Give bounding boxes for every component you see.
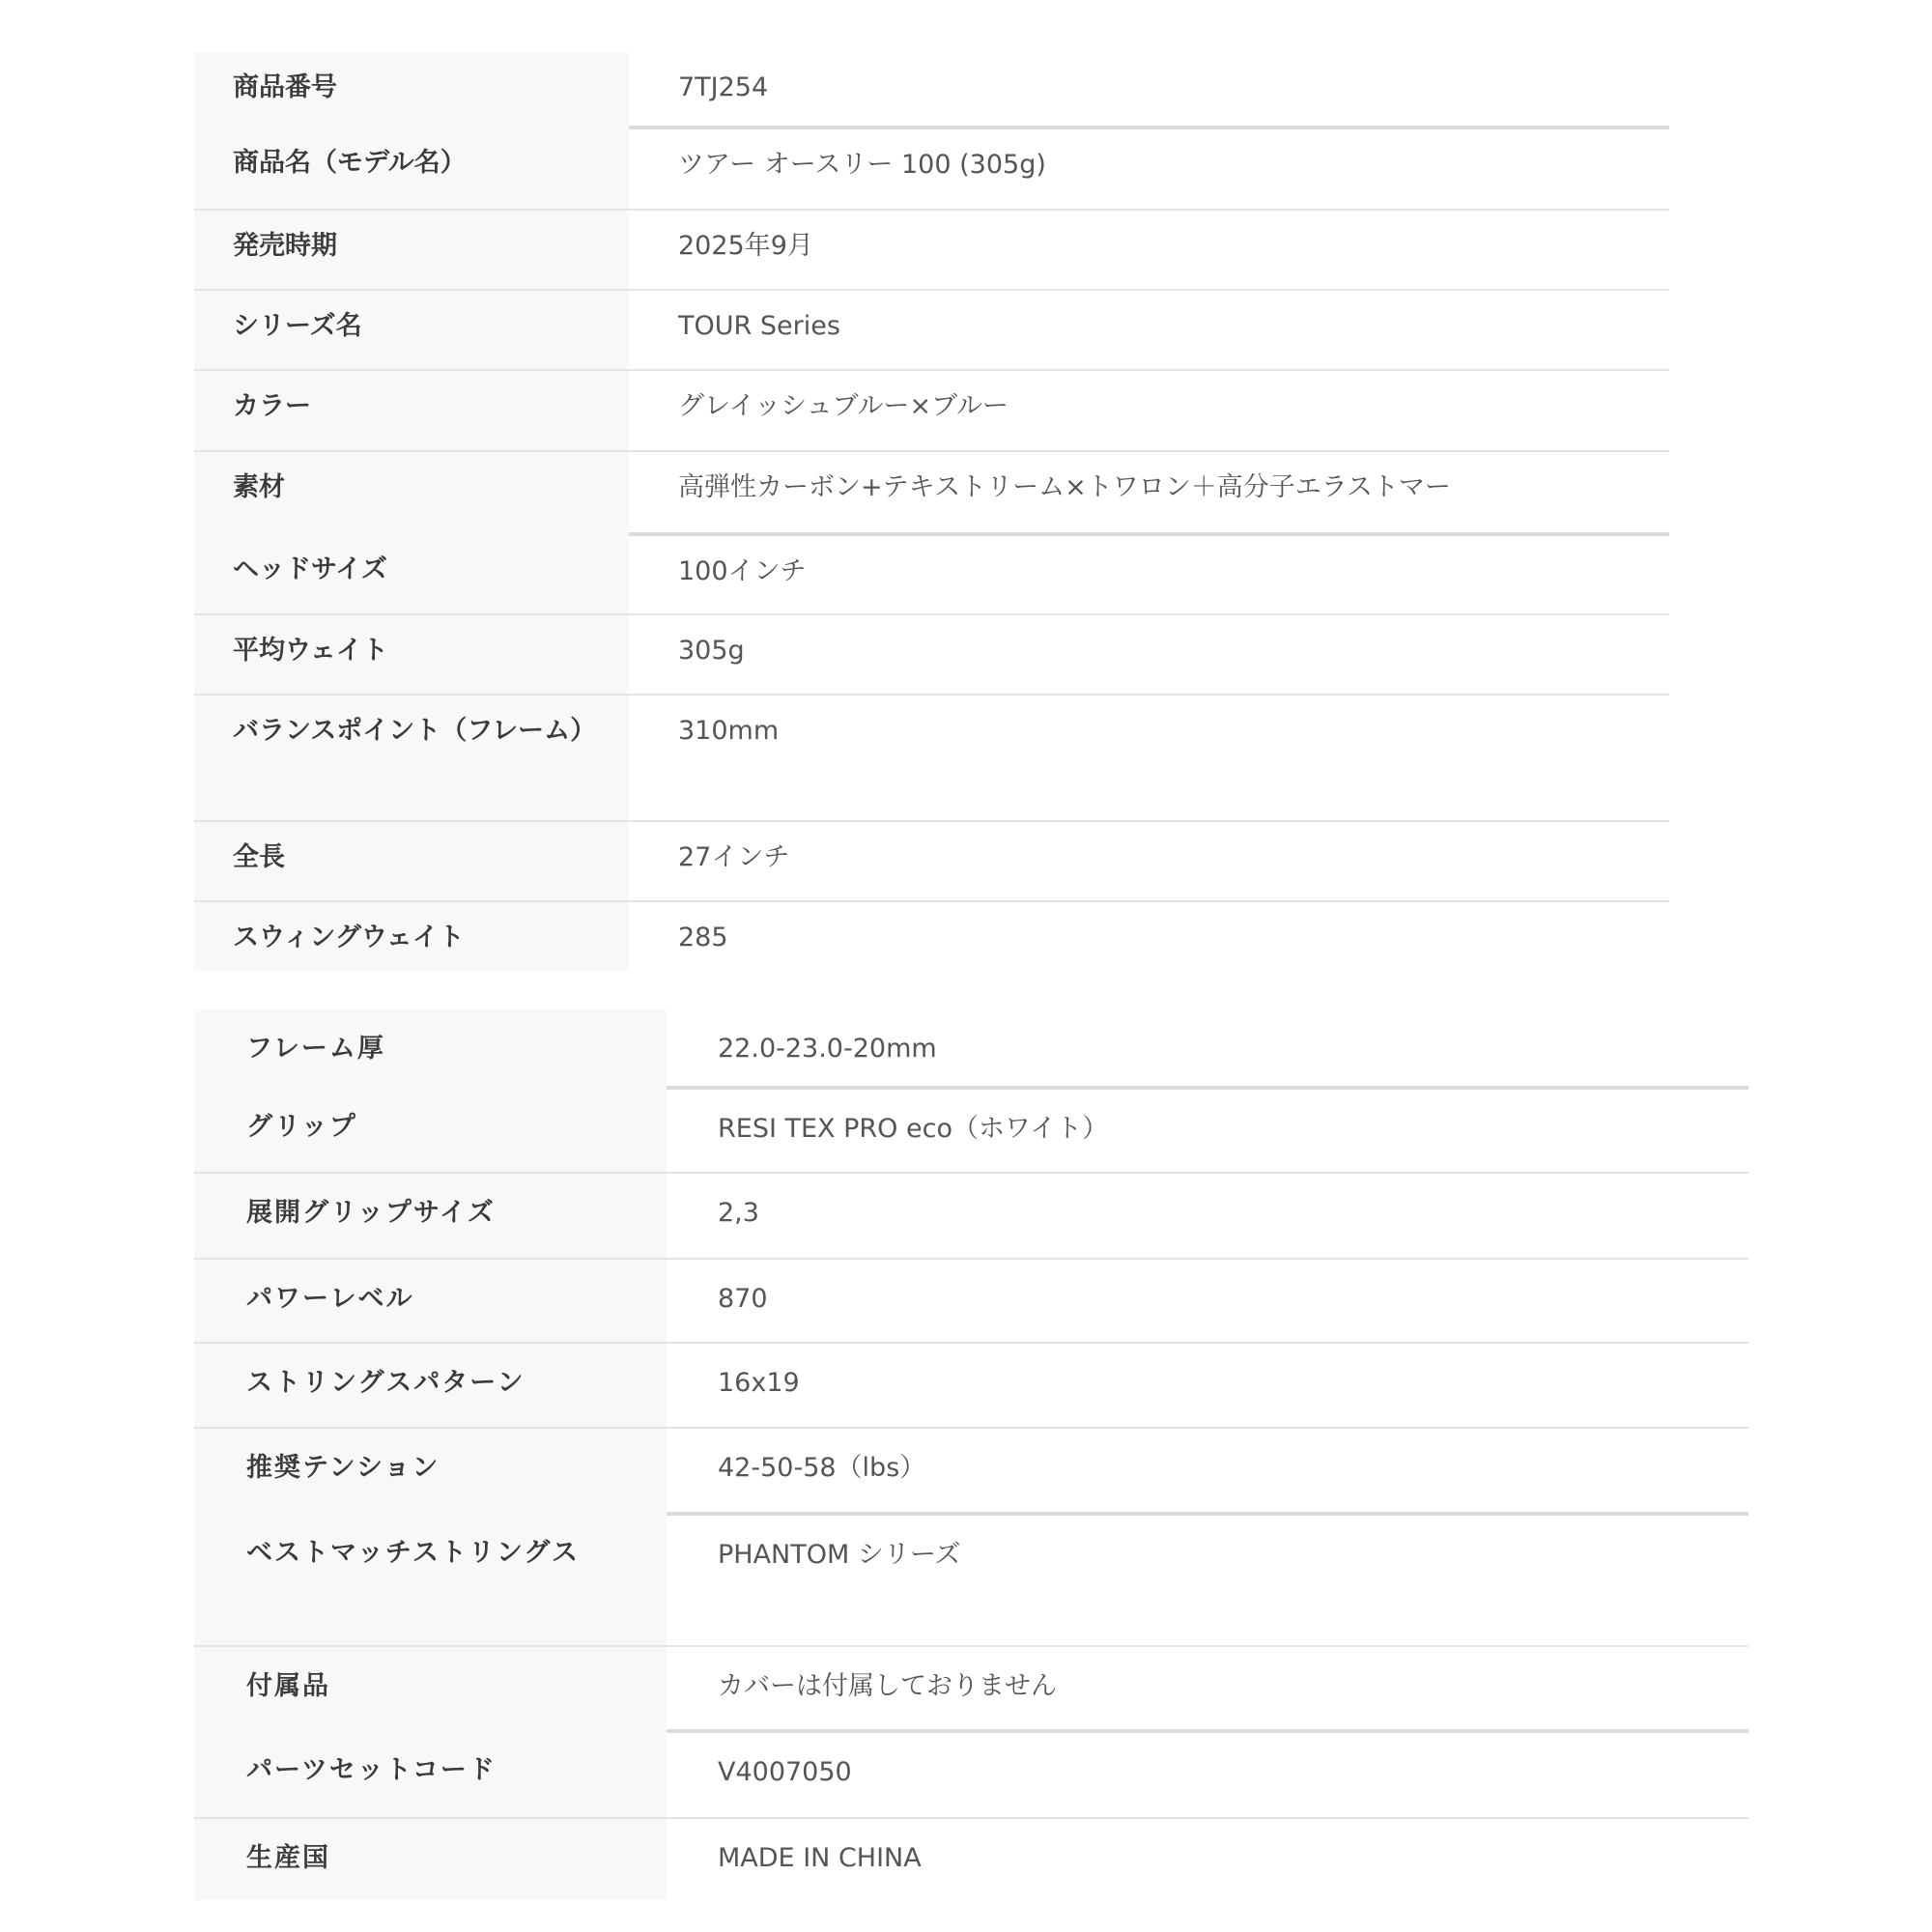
spec-value: 16x19: [667, 1343, 1748, 1428]
spec-row: 全長27インチ: [194, 821, 1669, 901]
spec-row: カラーグレイッシュブルー×ブルー: [194, 370, 1669, 451]
spec-row: 平均ウェイト305g: [194, 614, 1669, 695]
spec-row: ヘッドサイズ100インチ: [194, 534, 1669, 614]
spec-value: 310mm: [629, 695, 1669, 821]
spec-label: ヘッドサイズ: [194, 534, 629, 614]
spec-row: グリップRESI TEX PRO eco（ホワイト）: [194, 1088, 1748, 1173]
spec-label: ベストマッチストリングス: [194, 1514, 667, 1646]
spec-row: 商品名（モデル名）ツアー オースリー 100 (305g): [194, 128, 1669, 210]
spec-value: 2025年9月: [629, 210, 1669, 290]
spec-value: 7TJ254: [629, 52, 1669, 128]
spec-value: グレイッシュブルー×ブルー: [629, 370, 1669, 451]
spec-label: シリーズ名: [194, 290, 629, 370]
spec-label: スウィングウェイト: [194, 901, 629, 971]
spec-label: グリップ: [194, 1088, 667, 1173]
spec-label: 付属品: [194, 1646, 667, 1731]
spec-value: RESI TEX PRO eco（ホワイト）: [667, 1088, 1748, 1173]
spec-label: ストリングスパターン: [194, 1343, 667, 1428]
spec-row: パーツセットコードV4007050: [194, 1731, 1748, 1818]
spec-value: MADE IN CHINA: [667, 1818, 1748, 1900]
spec-row: フレーム厚22.0-23.0-20mm: [194, 1009, 1748, 1088]
spec-value: TOUR Series: [629, 290, 1669, 370]
spec-row: 展開グリップサイズ2,3: [194, 1173, 1748, 1259]
spec-row: 付属品カバーは付属しておりません: [194, 1646, 1748, 1731]
spec-label: 平均ウェイト: [194, 614, 629, 695]
spec-label: 商品名（モデル名）: [194, 128, 629, 210]
spec-label: 生産国: [194, 1818, 667, 1900]
spec-value: 305g: [629, 614, 1669, 695]
spec-row: 素材高弾性カーボン+テキストリーム×トワロン＋高分子エラストマー: [194, 451, 1669, 534]
spec-row: 生産国MADE IN CHINA: [194, 1818, 1748, 1900]
spec-row: パワーレベル870: [194, 1259, 1748, 1343]
spec-row: ストリングスパターン16x19: [194, 1343, 1748, 1428]
spec-row: バランスポイント（フレーム）310mm: [194, 695, 1669, 821]
spec-value: 285: [629, 901, 1669, 971]
spec-label: カラー: [194, 370, 629, 451]
spec-row: ベストマッチストリングスPHANTOM シリーズ: [194, 1514, 1748, 1646]
spec-value: 870: [667, 1259, 1748, 1343]
spec-value: V4007050: [667, 1731, 1748, 1818]
spec-label: 商品番号: [194, 52, 629, 128]
spec-row: シリーズ名TOUR Series: [194, 290, 1669, 370]
spec-value: 2,3: [667, 1173, 1748, 1259]
spec-value: ツアー オースリー 100 (305g): [629, 128, 1669, 210]
spec-table-secondary: フレーム厚22.0-23.0-20mmグリップRESI TEX PRO eco（…: [194, 1009, 1748, 1900]
spec-value: 高弾性カーボン+テキストリーム×トワロン＋高分子エラストマー: [629, 451, 1669, 534]
spec-label: バランスポイント（フレーム）: [194, 695, 629, 821]
spec-row: 商品番号7TJ254: [194, 52, 1669, 128]
spec-value: カバーは付属しておりません: [667, 1646, 1748, 1731]
spec-label: パーツセットコード: [194, 1731, 667, 1818]
spec-label: 素材: [194, 451, 629, 534]
spec-label: パワーレベル: [194, 1259, 667, 1343]
spec-label: 推奨テンション: [194, 1428, 667, 1514]
spec-label: 発売時期: [194, 210, 629, 290]
spec-label: 全長: [194, 821, 629, 901]
spec-table-primary: 商品番号7TJ254商品名（モデル名）ツアー オースリー 100 (305g)発…: [194, 52, 1669, 971]
spec-row: 発売時期2025年9月: [194, 210, 1669, 290]
spec-value: 100インチ: [629, 534, 1669, 614]
spec-row: スウィングウェイト285: [194, 901, 1669, 971]
spec-value: 22.0-23.0-20mm: [667, 1009, 1748, 1088]
spec-value: 42-50-58（lbs）: [667, 1428, 1748, 1514]
spec-label: フレーム厚: [194, 1009, 667, 1088]
spec-label: 展開グリップサイズ: [194, 1173, 667, 1259]
spec-row: 推奨テンション42-50-58（lbs）: [194, 1428, 1748, 1514]
spec-value: 27インチ: [629, 821, 1669, 901]
spec-value: PHANTOM シリーズ: [667, 1514, 1748, 1646]
